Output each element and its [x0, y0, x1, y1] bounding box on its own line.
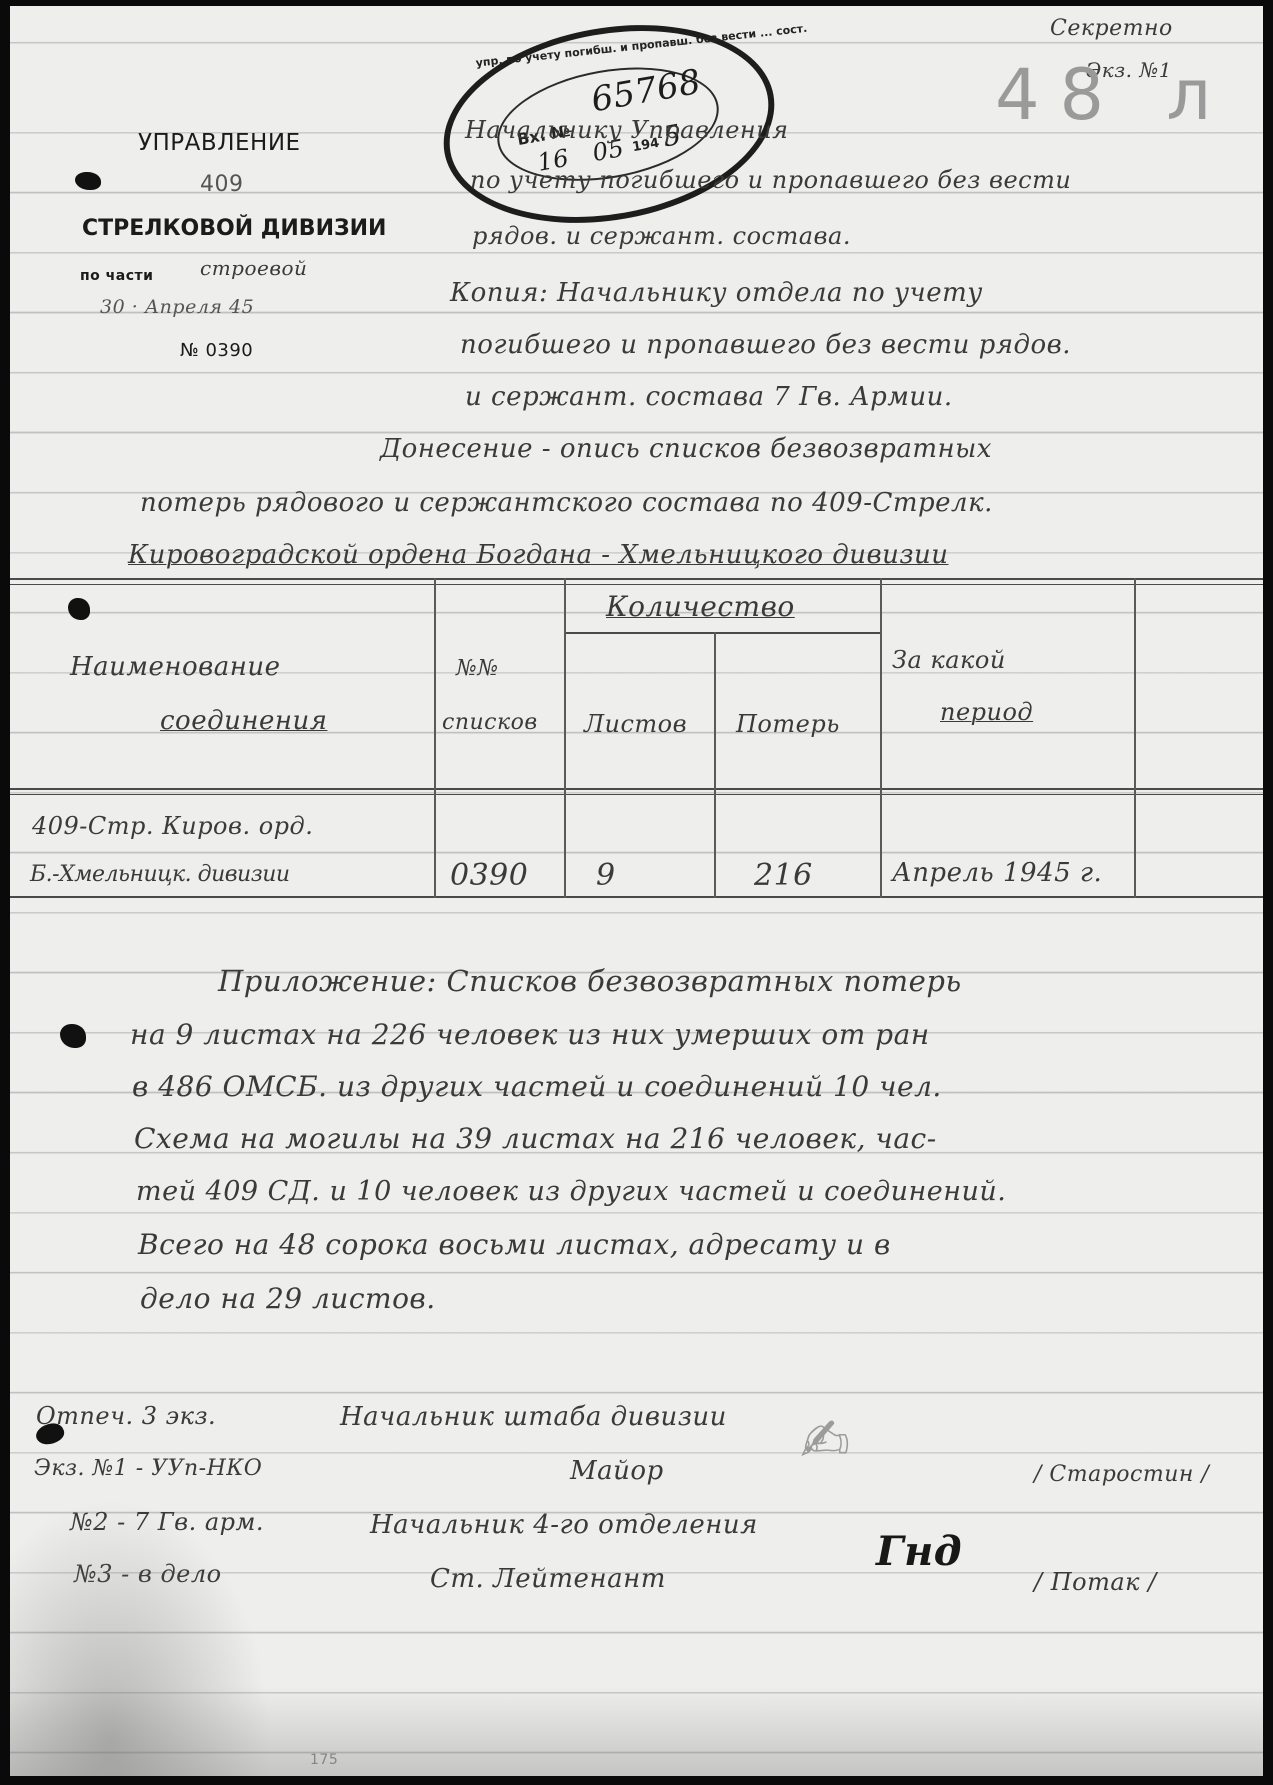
classification-label: Секретно	[1050, 16, 1173, 41]
table-header-period: За какой	[892, 646, 1006, 674]
appendix-line2: на 9 листах на 226 человек из них умерши…	[130, 1018, 930, 1051]
table-cell-list-number: 0390	[450, 858, 528, 893]
table-top-border	[10, 578, 1263, 580]
table-cell-period: Апрель 1945 г.	[892, 858, 1102, 888]
appendix-line1: Приложение: Списков безвозвратных потерь	[218, 964, 962, 998]
appendix-line7: дело на 29 листов.	[140, 1282, 436, 1315]
signature-dept-rank: Ст. Лейтенант	[430, 1564, 666, 1594]
table-header-list-numbers: №№	[456, 656, 499, 681]
document-page: УПРАВЛЕНИЕ 409 СТРЕЛКОВОЙ ДИВИЗИИ по час…	[10, 6, 1263, 1776]
table-quantity-group-divider	[564, 632, 880, 634]
appendix-line6: Всего на 48 сорока восьми листах, адреса…	[138, 1228, 891, 1261]
distribution-line3: №2 - 7 Гв. арм.	[70, 1508, 264, 1536]
signature-chief-title: Начальник штаба дивизии	[340, 1402, 727, 1432]
sheet-count-pencil-mark: 48 л	[995, 54, 1231, 136]
appendix-line5: тей 409 СД. и 10 человек из других часте…	[136, 1176, 1006, 1207]
table-header-bottom-border-double	[10, 794, 1263, 795]
signature-chief-name: / Старостин /	[1034, 1462, 1209, 1487]
addressee-line2: по учету погибшего и пропавшего без вест…	[470, 166, 1071, 194]
header-stamp-line1: УПРАВЛЕНИЕ	[138, 130, 301, 156]
table-bottom-border	[10, 896, 1263, 898]
table-col-divider	[434, 578, 436, 898]
distribution-line4: №3 - в дело	[74, 1560, 222, 1588]
copy-to-line1: Копия: Начальнику отдела по учету	[450, 278, 983, 308]
appendix-line4: Схема на могилы на 39 листах на 216 чело…	[134, 1122, 937, 1155]
table-header-bottom-border	[10, 788, 1263, 790]
signature-chief-rank: Майор	[570, 1456, 664, 1486]
signature-chief-scrawl: ✍	[800, 1406, 851, 1476]
table-header-sheets: Листов	[584, 710, 687, 738]
report-title-line3: Кировоградской ордена Богдана - Хмельниц…	[128, 540, 949, 570]
appendix-line3: в 486 ОМСБ. из других частей и соединени…	[132, 1070, 942, 1103]
report-title-line2: потерь рядового и сержантского состава п…	[140, 488, 993, 518]
signature-dept-name: / Потак /	[1034, 1568, 1157, 1596]
incoming-stamp-arc-text: упр. по учету погибш. и пропавш. без вес…	[475, 22, 808, 70]
header-stamp-outgoing-number: № 0390	[180, 340, 253, 361]
table-col-divider	[1134, 578, 1136, 898]
table-header-unit-name: Наименование	[70, 652, 281, 682]
header-stamp-dept-prefix: по части	[80, 268, 153, 284]
header-stamp-dept-value: строевой	[200, 256, 307, 280]
table-header-list-numbers-2: списков	[442, 710, 538, 735]
table-cell-unit-line1: 409-Стр. Киров. орд.	[32, 812, 313, 840]
table-top-border-double	[10, 584, 1263, 585]
header-stamp-number: 409	[200, 172, 244, 197]
addressee-line3: рядов. и сержант. состава.	[472, 222, 851, 250]
report-title-line1: Донесение - опись списков безвозвратных	[380, 434, 992, 464]
header-stamp-date: 30 · Апреля 45	[100, 296, 254, 318]
table-col-divider	[714, 632, 716, 898]
ink-blot	[68, 598, 90, 620]
table-header-quantity: Количество	[606, 590, 795, 623]
footer-page-mark: 175	[310, 1752, 338, 1768]
copy-to-line3: и сержант. состава 7 Гв. Армии.	[465, 382, 953, 412]
distribution-line2: Экз. №1 - УУп-НКО	[34, 1456, 262, 1481]
signature-dept-title: Начальник 4-го отделения	[370, 1510, 758, 1540]
distribution-line1: Отпеч. 3 экз.	[36, 1402, 216, 1430]
table-cell-sheets: 9	[596, 858, 616, 893]
table-cell-unit-line2: Б.-Хмельницк. дивизии	[30, 862, 290, 887]
signature-dept-mark: Гнд	[876, 1528, 962, 1575]
copy-to-line2: погибшего и пропавшего без вести рядов.	[460, 330, 1071, 360]
ink-blot	[60, 1024, 86, 1048]
table-header-losses: Потерь	[736, 710, 840, 738]
table-col-divider	[564, 578, 566, 898]
ink-blot	[75, 172, 101, 190]
header-stamp-line3: СТРЕЛКОВОЙ ДИВИЗИИ	[82, 216, 386, 241]
table-header-period-2: период	[940, 698, 1033, 726]
table-header-unit-name-2: соединения	[160, 706, 327, 736]
addressee-line1: Начальнику Управления	[465, 116, 789, 144]
table-cell-losses: 216	[754, 858, 813, 893]
table-col-divider	[880, 578, 882, 898]
